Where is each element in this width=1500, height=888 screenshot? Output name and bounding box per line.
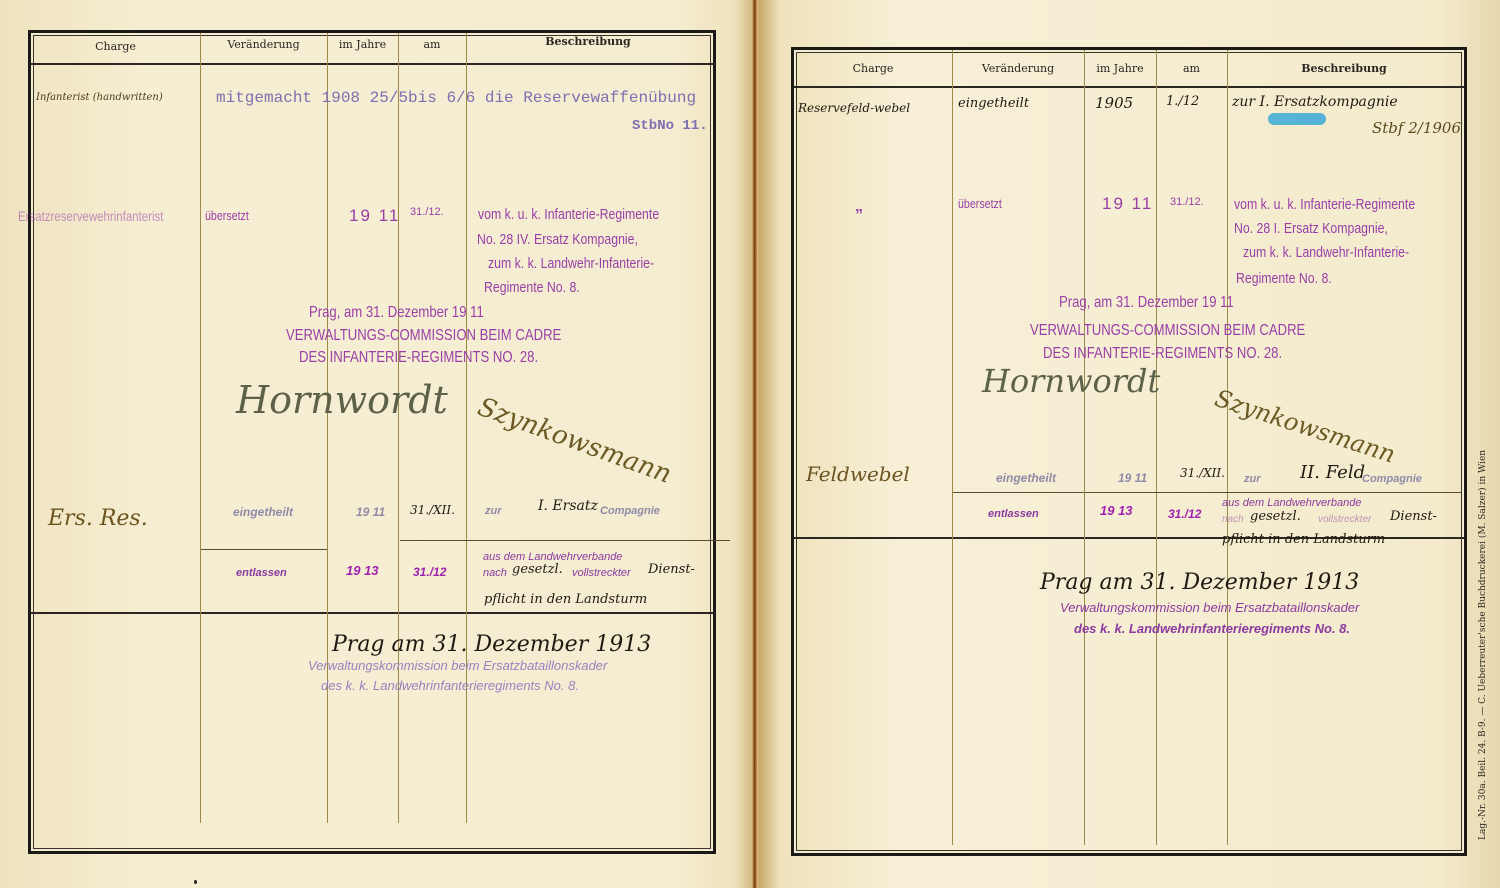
stamp-commission-line1: VERWALTUNGS-COMMISSION BEIM CADRE <box>1030 322 1305 340</box>
description-print: vollstreckter <box>1318 514 1371 525</box>
veraenderung-entry: übersetzt <box>205 208 249 223</box>
closing-stamp-line1: Verwaltungskommission beim Ersatzbataill… <box>1060 600 1359 615</box>
closing-stamp-line1: Verwaltungskommission beim Ersatzbataill… <box>308 658 607 673</box>
stamp-commission-line2: DES INFANTERIE-REGIMENTS NO. 28. <box>299 349 538 367</box>
year-entry: 19 13 <box>1100 503 1133 518</box>
date-entry: 1./12 <box>1166 94 1199 109</box>
printer-imprint: Lag.-Nr. 30a. Beil. 24. B-9. — C. Ueberr… <box>1478 450 1488 840</box>
description-line: zum k. k. Landwehr-Infanterie- <box>488 255 654 272</box>
year-entry: 19 11 <box>1118 471 1147 485</box>
year-entry: 19 11 <box>1102 194 1153 214</box>
date-entry: 31./12 <box>413 565 446 579</box>
right-header-rule <box>794 86 1464 88</box>
closing-place-date: Prag am 31. Dezember 1913 <box>332 632 651 657</box>
book-gutter <box>752 0 758 888</box>
compagnie-label: Compagnie <box>1362 473 1422 485</box>
description-hand: gesetzl. <box>512 562 563 577</box>
date-entry: 31./XII. <box>1180 466 1225 480</box>
veraenderung-entry: entlassen <box>236 567 287 579</box>
right-row-rule <box>953 492 1084 493</box>
year-entry: 19 11 <box>356 505 385 519</box>
veraenderung-entry: eingetheilt <box>233 505 293 519</box>
description-hand: Dienst- <box>648 562 695 577</box>
right-col-divider <box>1084 50 1085 845</box>
description-prefix: nach <box>1222 514 1244 525</box>
header-beschreibung: Beschreibung <box>466 35 710 48</box>
header-charge: Charge <box>794 62 952 75</box>
charge-ditto: „ <box>855 198 863 216</box>
left-row-rule <box>201 549 327 550</box>
stamp-commission-line2: DES INFANTERIE-REGIMENTS NO. 28. <box>1043 345 1282 363</box>
closing-stamp-line2: des k. k. Landwehrinfanterieregiments No… <box>321 678 579 693</box>
closing-stamp-line2: des k. k. Landwehrinfanterieregiments No… <box>1074 621 1350 636</box>
date-entry: 31./XII. <box>410 503 455 517</box>
header-beschreibung: Beschreibung <box>1227 62 1461 75</box>
signature-commander: Hornwordt <box>982 362 1160 400</box>
left-col-divider <box>200 33 201 823</box>
date-entry: 31./12. <box>410 206 444 218</box>
description-hand: gesetzl. <box>1250 509 1301 524</box>
veraenderung-entry: eingetheilt <box>958 96 1029 111</box>
zur-label: zur <box>1244 473 1261 485</box>
description-entry: zur I. Ersatzkompagnie <box>1232 94 1398 110</box>
header-am: am <box>398 38 466 51</box>
right-col-divider <box>1156 50 1157 845</box>
ink-dot <box>194 880 197 884</box>
description-hand: pflicht in den Landsturm <box>484 592 647 607</box>
header-veraenderung: Veränderung <box>200 38 327 51</box>
description-note: Stbf 2/1906 <box>1372 119 1461 137</box>
stamp-commission-line1: VERWALTUNGS-COMMISSION BEIM CADRE <box>286 327 561 345</box>
right-row-rule <box>1085 492 1461 493</box>
description-line: aus dem Landwehrverbande <box>1222 497 1361 509</box>
charge-entry: Ersatzreservewehrinfanterist <box>18 208 163 224</box>
description-line: Regimente No. 8. <box>484 279 580 296</box>
date-entry: 31./12 <box>1168 507 1201 521</box>
year-entry: 19 13 <box>346 563 379 578</box>
veraenderung-entry: eingetheilt <box>996 471 1056 485</box>
company-entry: II. Feld <box>1300 462 1365 483</box>
left-col-divider <box>398 33 399 823</box>
description-hand: Dienst- <box>1390 509 1437 524</box>
description-line: No. 28 I. Ersatz Kompagnie, <box>1234 220 1388 237</box>
description-line: zum k. k. Landwehr-Infanterie- <box>1243 244 1409 261</box>
left-col-divider <box>466 33 467 823</box>
right-col-divider <box>952 50 953 845</box>
left-col-divider <box>327 33 328 823</box>
header-im-jahre: im Jahre <box>327 38 398 51</box>
exercise-stamp: mitgemacht 1908 25/5bis 6/6 die Reservew… <box>216 89 696 107</box>
header-charge: Charge <box>31 40 200 53</box>
veraenderung-entry: entlassen <box>988 508 1039 520</box>
header-im-jahre: im Jahre <box>1084 62 1156 75</box>
blue-ink-mark <box>1268 113 1326 125</box>
description-line: vom k. u. k. Infanterie-Regimente <box>1234 196 1415 213</box>
year-entry: 19 11 <box>349 206 400 226</box>
date-entry: 31./12. <box>1170 196 1204 208</box>
description-line: vom k. u. k. Infanterie-Regimente <box>478 206 659 223</box>
description-line: No. 28 IV. Ersatz Kompagnie, <box>477 231 638 248</box>
description-hand: pflicht in den Landsturm <box>1222 532 1385 547</box>
charge-entry: Ers. Res. <box>48 506 148 531</box>
closing-place-date: Prag am 31. Dezember 1913 <box>1040 570 1359 595</box>
veraenderung-entry: übersetzt <box>958 196 1002 211</box>
signature-commander: Hornwordt <box>236 378 448 422</box>
description-line: Regimente No. 8. <box>1236 270 1332 287</box>
charge-entry: Infanterist (handwritten) <box>36 92 163 103</box>
stamp-reference: StbNo 11. <box>632 118 708 134</box>
left-row-rule <box>400 540 730 541</box>
charge-entry: Reservefeld-webel <box>798 96 946 120</box>
header-veraenderung: Veränderung <box>952 62 1084 75</box>
left-header-rule <box>31 63 715 65</box>
left-lower-rule <box>31 612 715 614</box>
description-prefix: nach <box>483 567 507 579</box>
header-am: am <box>1156 62 1227 75</box>
zur-label: zur <box>485 505 502 517</box>
charge-entry: Feldwebel <box>806 462 910 486</box>
description-print: vollstreckter <box>572 567 631 579</box>
company-entry: I. Ersatz <box>538 498 598 514</box>
stamp-place-date: Prag, am 31. Dezember 19 11 <box>1059 294 1234 312</box>
right-col-divider <box>1227 50 1228 845</box>
stamp-place-date: Prag, am 31. Dezember 19 11 <box>309 304 484 322</box>
year-entry: 1905 <box>1095 94 1133 112</box>
compagnie-label: Compagnie <box>600 505 660 517</box>
